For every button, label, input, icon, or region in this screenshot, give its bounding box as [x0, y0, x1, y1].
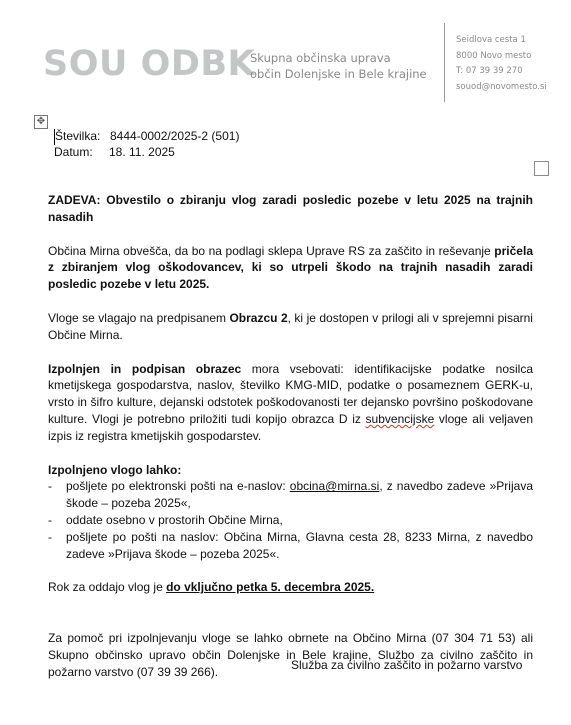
paragraph-form: Vloge se vlagajo na predpisanem Obrazcu …: [48, 310, 533, 344]
list-item: -oddate osebno v prostorih Občine Mirna,: [48, 512, 533, 529]
list-item: -pošljete po elektronski pošti na e-nasl…: [48, 478, 533, 512]
letterhead-logo: SOU ODBK: [43, 44, 255, 84]
submission-list: -pošljete po elektronski pošti na e-nasl…: [48, 478, 533, 562]
list-item: -pošljete po pošti na naslov: Občina Mir…: [48, 529, 533, 563]
phone: T: 07 39 39 270: [456, 64, 547, 80]
header-divider: [444, 23, 445, 102]
subtitle-line-1: Skupna občinska uprava: [250, 50, 427, 66]
letterhead-subtitle: Skupna občinska uprava občin Dolenjske i…: [250, 50, 427, 82]
signature: Služba za civilno zaščito in požarno var…: [291, 658, 522, 672]
number-value: 8444-0002/2025-2 (501): [110, 129, 239, 145]
email-link[interactable]: obcina@mirna.si: [290, 479, 380, 493]
address-line-2: 8000 Novo mesto: [456, 49, 547, 65]
date-value: 18. 11. 2025: [109, 145, 175, 161]
deadline: Rok za oddajo vlog je do vključno petka …: [48, 579, 533, 596]
move-arrows-icon[interactable]: ✥: [34, 115, 48, 129]
document-meta: Številka: 8444-0002/2025-2 (501) Datum: …: [54, 129, 239, 160]
help-paragraph: Za pomoč pri izpolnjevanju vloge se lahk…: [48, 630, 533, 680]
subject: ZADEVA: Obvestilo o zbiranju vlog zaradi…: [48, 192, 533, 226]
letter-body: ZADEVA: Obvestilo o zbiranju vlog zaradi…: [48, 192, 533, 681]
spellcheck-word[interactable]: subvencijske: [366, 412, 435, 426]
number-label: Številka:: [54, 129, 110, 145]
address-line-1: Seidlova cesta 1: [456, 33, 547, 49]
email: souod@novomesto.si: [456, 80, 547, 96]
text-boundary-marker: [534, 161, 549, 176]
paragraph-announcement: Občina Mirna obvešča, da bo na podlagi s…: [48, 243, 533, 293]
contact-block: Seidlova cesta 1 8000 Novo mesto T: 07 3…: [456, 33, 547, 95]
submission-heading: Izpolnjeno vlogo lahko:: [48, 462, 533, 479]
date-label: Datum:: [54, 145, 109, 161]
paragraph-requirements: Izpolnjen in podpisan obrazec mora vsebo…: [48, 361, 533, 445]
subtitle-line-2: občin Dolenjske in Bele krajine: [250, 66, 427, 82]
